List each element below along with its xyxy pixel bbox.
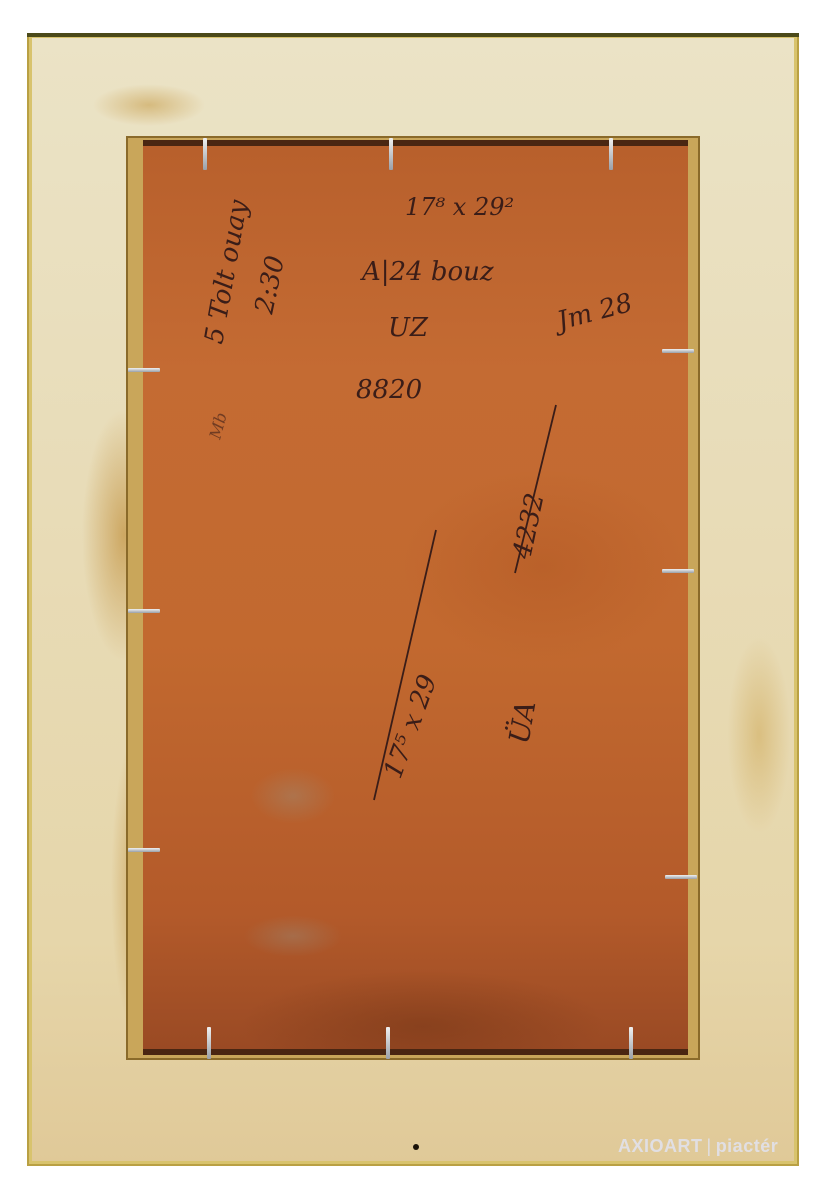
hanging-hole <box>413 1144 419 1150</box>
nail-icon <box>629 1027 633 1059</box>
nail-icon <box>609 138 613 170</box>
watermark-logo: AXIOART|piactér <box>618 1136 778 1157</box>
nail-icon <box>665 875 697 879</box>
nail-icon <box>389 138 393 170</box>
nail-icon <box>128 368 160 372</box>
nail-icon <box>128 609 160 613</box>
wooden-panel-back <box>143 140 688 1055</box>
nail-icon <box>386 1027 390 1059</box>
watermark-suffix: piactér <box>716 1136 779 1156</box>
nail-icon <box>662 349 694 353</box>
frame-top-edge <box>27 33 799 37</box>
nail-icon <box>128 848 160 852</box>
nail-icon <box>203 138 207 170</box>
nail-icon <box>662 569 694 573</box>
watermark-brand: AXIOART <box>618 1136 703 1156</box>
nail-icon <box>207 1027 211 1059</box>
watermark-separator: | <box>707 1136 712 1156</box>
